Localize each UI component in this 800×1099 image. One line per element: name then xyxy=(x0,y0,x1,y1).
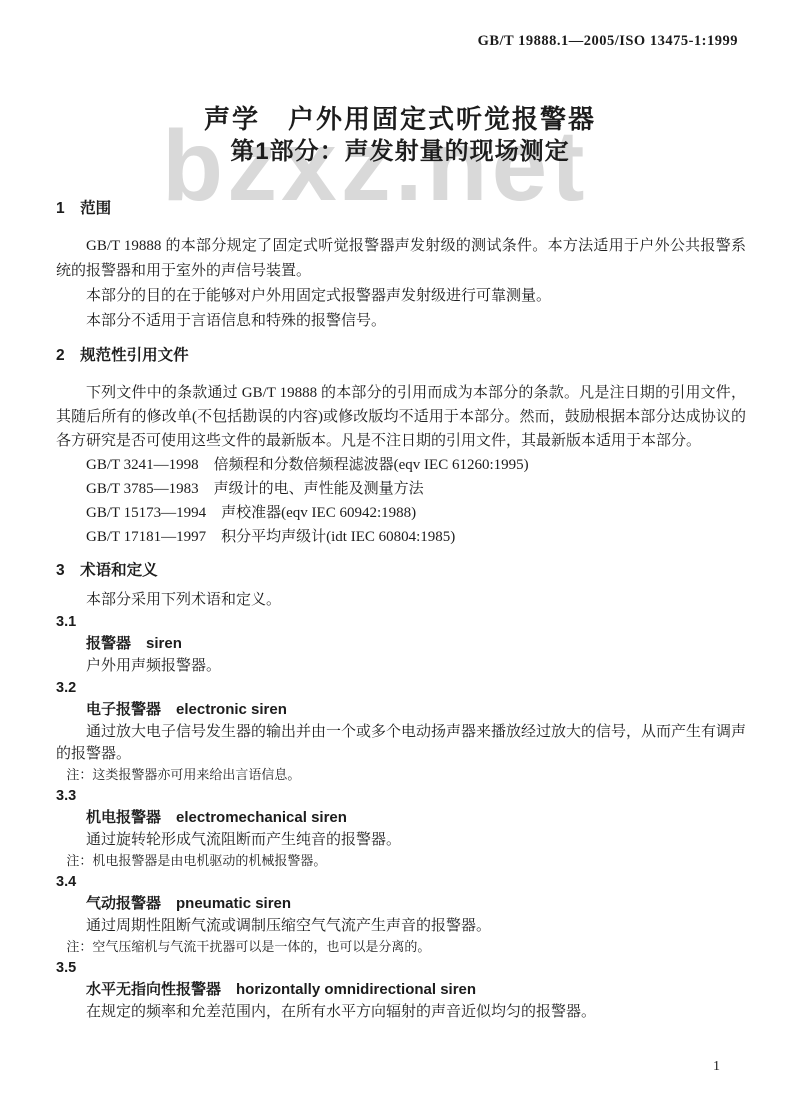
term-definition: 通过周期性阻断气流或调制压缩空气气流产生声音的报警器。 xyxy=(56,915,746,937)
document-title-line1: 声学 户外用固定式听觉报警器 xyxy=(0,102,800,136)
section2-heading: 2 规范性引用文件 xyxy=(56,343,746,368)
reference-item: GB/T 3241—1998 倍频程和分数倍频程滤波器(eqv IEC 6126… xyxy=(56,453,746,477)
term-cn: 气动报警器 xyxy=(86,895,161,912)
section3-heading: 3 术语和定义 xyxy=(56,558,746,583)
section3-intro: 本部分采用下列术语和定义。 xyxy=(56,589,746,611)
term-number: 3.5 xyxy=(56,957,746,979)
term-note: 注：这类报警器亦可用来给出言语信息。 xyxy=(56,765,746,785)
term-number: 3.3 xyxy=(56,785,746,807)
term-en: electronic siren xyxy=(176,701,287,718)
reference-item: GB/T 3785—1983 声级计的电、声性能及测量方法 xyxy=(56,477,746,501)
term-title: 报警器siren xyxy=(56,633,746,655)
term-cn: 报警器 xyxy=(86,635,131,652)
term-number: 3.2 xyxy=(56,677,746,699)
term-title: 水平无指向性报警器horizontally omnidirectional si… xyxy=(56,979,746,1001)
page-number: 1 xyxy=(713,1059,720,1075)
term-en: siren xyxy=(146,635,182,652)
term-number: 3.4 xyxy=(56,871,746,893)
section1-paragraph: GB/T 19888 的本部分规定了固定式听觉报警器声发射级的测试条件。本方法适… xyxy=(56,234,746,284)
document-page: GB/T 19888.1—2005/ISO 13475-1:1999 bzxz.… xyxy=(0,0,800,1099)
document-body: 1 范围 GB/T 19888 的本部分规定了固定式听觉报警器声发射级的测试条件… xyxy=(56,196,746,1023)
section1-paragraph: 本部分不适用于言语信息和特殊的报警信号。 xyxy=(56,309,746,334)
term-definition: 通过放大电子信号发生器的输出并由一个或多个电动扬声器来播放经过放大的信号，从而产… xyxy=(56,721,746,765)
section1-heading: 1 范围 xyxy=(56,196,746,221)
term-entry: 3.5 水平无指向性报警器horizontally omnidirectiona… xyxy=(56,957,746,1023)
term-en: pneumatic siren xyxy=(176,895,291,912)
section1-paragraph: 本部分的目的在于能够对户外用固定式报警器声发射级进行可靠测量。 xyxy=(56,284,746,309)
standard-reference: GB/T 19888.1—2005/ISO 13475-1:1999 xyxy=(478,33,738,50)
term-cn: 电子报警器 xyxy=(86,701,161,718)
term-definition: 通过旋转轮形成气流阻断而产生纯音的报警器。 xyxy=(56,829,746,851)
document-title-line2: 第1部分：声发射量的现场测定 xyxy=(0,136,800,168)
term-title: 气动报警器pneumatic siren xyxy=(56,893,746,915)
term-cn: 机电报警器 xyxy=(86,809,161,826)
term-entry: 3.1 报警器siren 户外用声频报警器。 xyxy=(56,611,746,677)
term-note: 注：机电报警器是由电机驱动的机械报警器。 xyxy=(56,851,746,871)
term-entry: 3.4 气动报警器pneumatic siren 通过周期性阻断气流或调制压缩空… xyxy=(56,871,746,957)
term-en: electromechanical siren xyxy=(176,809,347,826)
term-entry: 3.2 电子报警器electronic siren 通过放大电子信号发生器的输出… xyxy=(56,677,746,785)
term-number: 3.1 xyxy=(56,611,746,633)
term-title: 电子报警器electronic siren xyxy=(56,699,746,721)
term-note: 注：空气压缩机与气流干扰器可以是一体的，也可以是分离的。 xyxy=(56,937,746,957)
title-block: 声学 户外用固定式听觉报警器 第1部分：声发射量的现场测定 xyxy=(0,102,800,168)
reference-item: GB/T 17181—1997 积分平均声级计(idt IEC 60804:19… xyxy=(56,525,746,549)
term-en: horizontally omnidirectional siren xyxy=(236,981,476,998)
term-title: 机电报警器electromechanical siren xyxy=(56,807,746,829)
term-entry: 3.3 机电报警器electromechanical siren 通过旋转轮形成… xyxy=(56,785,746,871)
term-definition: 户外用声频报警器。 xyxy=(56,655,746,677)
term-definition: 在规定的频率和允差范围内，在所有水平方向辐射的声音近似均匀的报警器。 xyxy=(56,1001,746,1023)
reference-item: GB/T 15173—1994 声校准器(eqv IEC 60942:1988) xyxy=(56,501,746,525)
section2-intro: 下列文件中的条款通过 GB/T 19888 的本部分的引用而成为本部分的条款。凡… xyxy=(56,381,746,453)
term-cn: 水平无指向性报警器 xyxy=(86,981,221,998)
